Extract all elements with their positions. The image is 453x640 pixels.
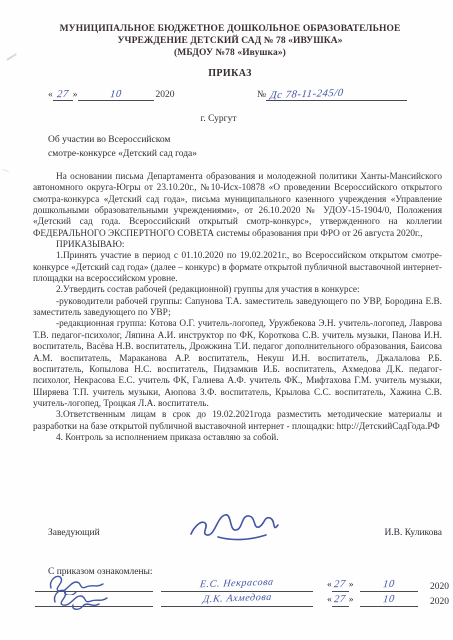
order-item-3: 3.Ответственным лицам в срок до 19.02.20… [33,410,442,433]
date-year: 2020 [156,90,175,100]
handwritten-number: Дс 78-11-245/0 [269,88,344,102]
scanned-order-document: МУНИЦИПАЛЬНОЕ БЮДЖЕТНОЕ ДОШКОЛЬНОЕ ОБРАЗ… [0,0,453,640]
order-item-4: 4. Контроль за исполнением приказа остав… [33,433,442,444]
order-body: На основании письма Департамента образов… [33,172,442,444]
handwritten-ack-month-2: 10 [382,594,395,605]
signing-block: Заведующий И.В. Куликова [48,505,442,547]
acknowledgement-row: Д.К. Ахмедова «27» 10 2020 [35,592,449,607]
subject-line2: смотре-конкурсе «Детский сад года» [48,148,197,162]
director-signature [188,507,280,550]
handwritten-ack-month-1: 10 [382,579,395,590]
order-item-2: 2.Утвердить состав рабочей (редакционной… [33,285,442,296]
subject-line1: Об участии во Всероссийском [48,134,197,148]
ack-name-cell: Е.С. Некрасова [161,578,313,592]
handwritten-ack-name-2: Д.К. Ахмедова [202,592,272,605]
signer-position: Заведующий [48,528,100,538]
ack-date-1: «27» [327,579,354,592]
ack-date-2: «27» [327,594,354,607]
handwritten-ack-name-1: Е.С. Некрасова [200,577,275,591]
order-item-1: 1.Принять участие в период с 01.10.2020 … [33,251,442,285]
signer-name: И.В. Куликова [384,528,442,538]
organization-header: МУНИЦИПАЛЬНОЕ БЮДЖЕТНОЕ ДОШКОЛЬНОЕ ОБРАЗ… [15,23,445,59]
ack-month-blank: 10 [360,594,418,607]
document-date: «27»102020 [48,89,175,101]
ack-day-blank: 27 [332,579,349,592]
handwritten-day: 27 [56,89,69,100]
signature-stroke-icon [188,507,280,547]
ack-year-2: 2020 [430,597,449,607]
date-month-blank: 10 [78,89,154,101]
ack-quote-close: » [349,580,354,590]
preamble-paragraph: На основании письма Департамента образов… [33,172,442,240]
organization-short-name: (МБДОУ №78 «Ивушка») [15,47,445,59]
city-line: г. Сургут [0,114,437,124]
handwritten-ack-day-1: 27 [334,579,347,590]
ack-quote-close: » [349,595,354,605]
subject-block: Об участии во Всероссийском смотре-конку… [48,134,197,161]
number-sign: № [257,90,266,100]
signature-stroke-icon [45,586,135,610]
organization-name-line1: МУНИЦИПАЛЬНОЕ БЮДЖЕТНОЕ ДОШКОЛЬНОЕ ОБРАЗ… [15,23,445,35]
editorial-group-list: -редакционная группа: Котова О.Г. учител… [33,319,442,410]
handwritten-month: 10 [109,89,122,100]
ack-month-blank: 10 [360,579,418,592]
order-keyword: ПРИКАЗЫВАЮ: [33,240,442,251]
ack-signature-2 [35,592,153,607]
ack-day-blank: 27 [332,594,349,607]
ack-year-1: 2020 [430,582,449,592]
number-blank: Дс 78-11-245/0 [266,89,407,101]
handwritten-ack-day-2: 27 [334,594,347,605]
scan-artifact [2,169,9,172]
workgroup-leaders: -руководители рабочей группы: Сапунова Т… [33,297,442,320]
acknowledgement-block: С приказом ознакомлены: Е.С. Некрасова «… [35,567,449,607]
date-day-blank: 27 [53,89,73,101]
document-type-title: ПРИКАЗ [15,68,445,79]
organization-name-line2: УЧРЕЖДЕНИЕ ДЕТСКИЙ САД № 78 «ИВУШКА» [15,35,445,47]
ack-name-cell: Д.К. Ахмедова [161,593,313,607]
document-number: №Дс 78-11-245/0 [257,89,407,101]
